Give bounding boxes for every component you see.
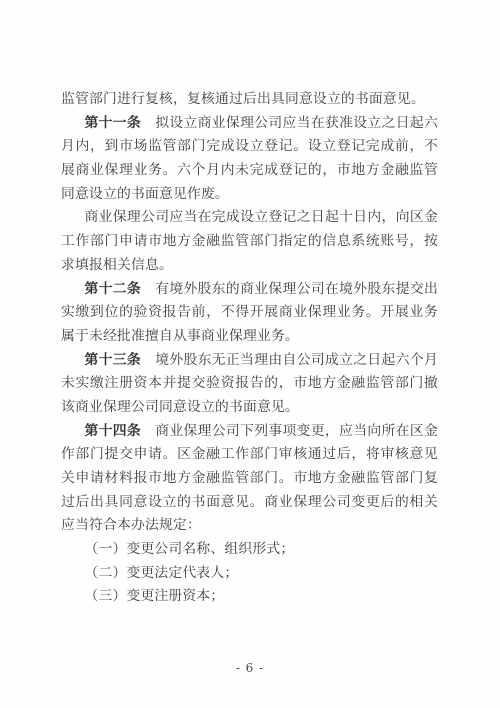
text-line: 作部门提交申请。区金融工作部门审核通过后，将审核意见和相: [61, 443, 438, 467]
text-line: （三）变更注册资本；: [61, 585, 438, 609]
text-segment: 过后出具同意设立的书面意见。商业保理公司变更后的相关事项: [61, 494, 438, 515]
document-page: 监管部门进行复核，复核通过后出具同意设立的书面意见。第十一条 拟设立商业保理公司…: [0, 0, 500, 708]
text-segment: （二）变更法定代表人；: [84, 565, 238, 581]
text-line: 同意设立的书面意见作废。: [61, 183, 438, 207]
text-line: 过后出具同意设立的书面意见。商业保理公司变更后的相关事项: [61, 491, 438, 515]
text-line: 求填报相关信息。: [61, 254, 438, 278]
text-line: 该商业保理公司同意设立的书面意见。: [61, 396, 438, 420]
text-segment: 实缴到位的验资报告前，不得开展商业保理业务。开展业务的，: [61, 304, 438, 325]
text-segment: （三）变更注册资本；: [84, 588, 224, 604]
text-line: 实缴到位的验资报告前，不得开展商业保理业务。开展业务的，: [61, 301, 438, 325]
text-line: （二）变更法定代表人；: [61, 562, 438, 586]
text-segment: 同意设立的书面意见作废。: [61, 186, 229, 202]
text-line: 展商业保理业务。六个月内未完成登记的，市地方金融监管部门: [61, 159, 438, 183]
text-line: 属于未经批准擅自从事商业保理业务。: [61, 325, 438, 349]
article-number: 第十三条: [84, 352, 141, 368]
text-line: 第十四条 商业保理公司下列事项变更，应当向所在区金融工: [61, 420, 438, 444]
text-line: 未实缴注册资本并提交验资报告的，市地方金融监管部门撤销对: [61, 372, 438, 396]
text-segment: 作部门提交申请。区金融工作部门审核通过后，将审核意见和相: [61, 446, 438, 467]
article-number: 第十四条: [84, 423, 141, 439]
text-line: 第十三条 境外股东无正当理由自公司成立之日起六个月内: [61, 349, 438, 373]
text-line: 第十二条 有境外股东的商业保理公司在境外股东提交出资: [61, 278, 438, 302]
text-line: 工作部门申请市地方金融监管部门指定的信息系统账号，按照要: [61, 230, 438, 254]
text-line: 应当符合本办法规定：: [61, 514, 438, 538]
text-segment: 该商业保理公司同意设立的书面意见。: [61, 399, 299, 415]
text-segment: 商业保理公司应当在完成设立登记之日起十日内，向区金融: [61, 209, 438, 230]
footer-page-number: - 6 -: [0, 660, 500, 676]
text-line: 商业保理公司应当在完成设立登记之日起十日内，向区金融: [61, 206, 438, 230]
text-segment: 属于未经批准擅自从事商业保理业务。: [61, 328, 299, 344]
text-segment: 工作部门申请市地方金融监管部门指定的信息系统账号，按照要: [61, 233, 438, 254]
text-line: 月内，到市场监管部门完成设立登记。设立登记完成前，不得开: [61, 135, 438, 159]
text-segment: 月内，到市场监管部门完成设立登记。设立登记完成前，不得开: [61, 138, 438, 159]
text-segment: 关申请材料报市地方金融监管部门。市地方金融监管部门复核通: [61, 470, 438, 491]
text-segment: （一）变更公司名称、组织形式；: [84, 541, 294, 557]
text-line: （一）变更公司名称、组织形式；: [61, 538, 438, 562]
article-number: 第十二条: [84, 281, 141, 297]
text-line: 第十一条 拟设立商业保理公司应当在获准设立之日起六个: [61, 112, 438, 136]
text-segment: 展商业保理业务。六个月内未完成登记的，市地方金融监管部门: [61, 162, 438, 183]
text-line: 监管部门进行复核，复核通过后出具同意设立的书面意见。: [61, 88, 438, 112]
text-segment: 应当符合本办法规定：: [61, 517, 201, 533]
text-line: 关申请材料报市地方金融监管部门。市地方金融监管部门复核通: [61, 467, 438, 491]
text-segment: 监管部门进行复核，复核通过后出具同意设立的书面意见。: [61, 91, 425, 107]
text-segment: 未实缴注册资本并提交验资报告的，市地方金融监管部门撤销对: [61, 375, 438, 396]
article-number: 第十一条: [84, 115, 141, 131]
text-segment: 求填报相关信息。: [61, 257, 173, 273]
document-body: 监管部门进行复核，复核通过后出具同意设立的书面意见。第十一条 拟设立商业保理公司…: [61, 88, 438, 609]
